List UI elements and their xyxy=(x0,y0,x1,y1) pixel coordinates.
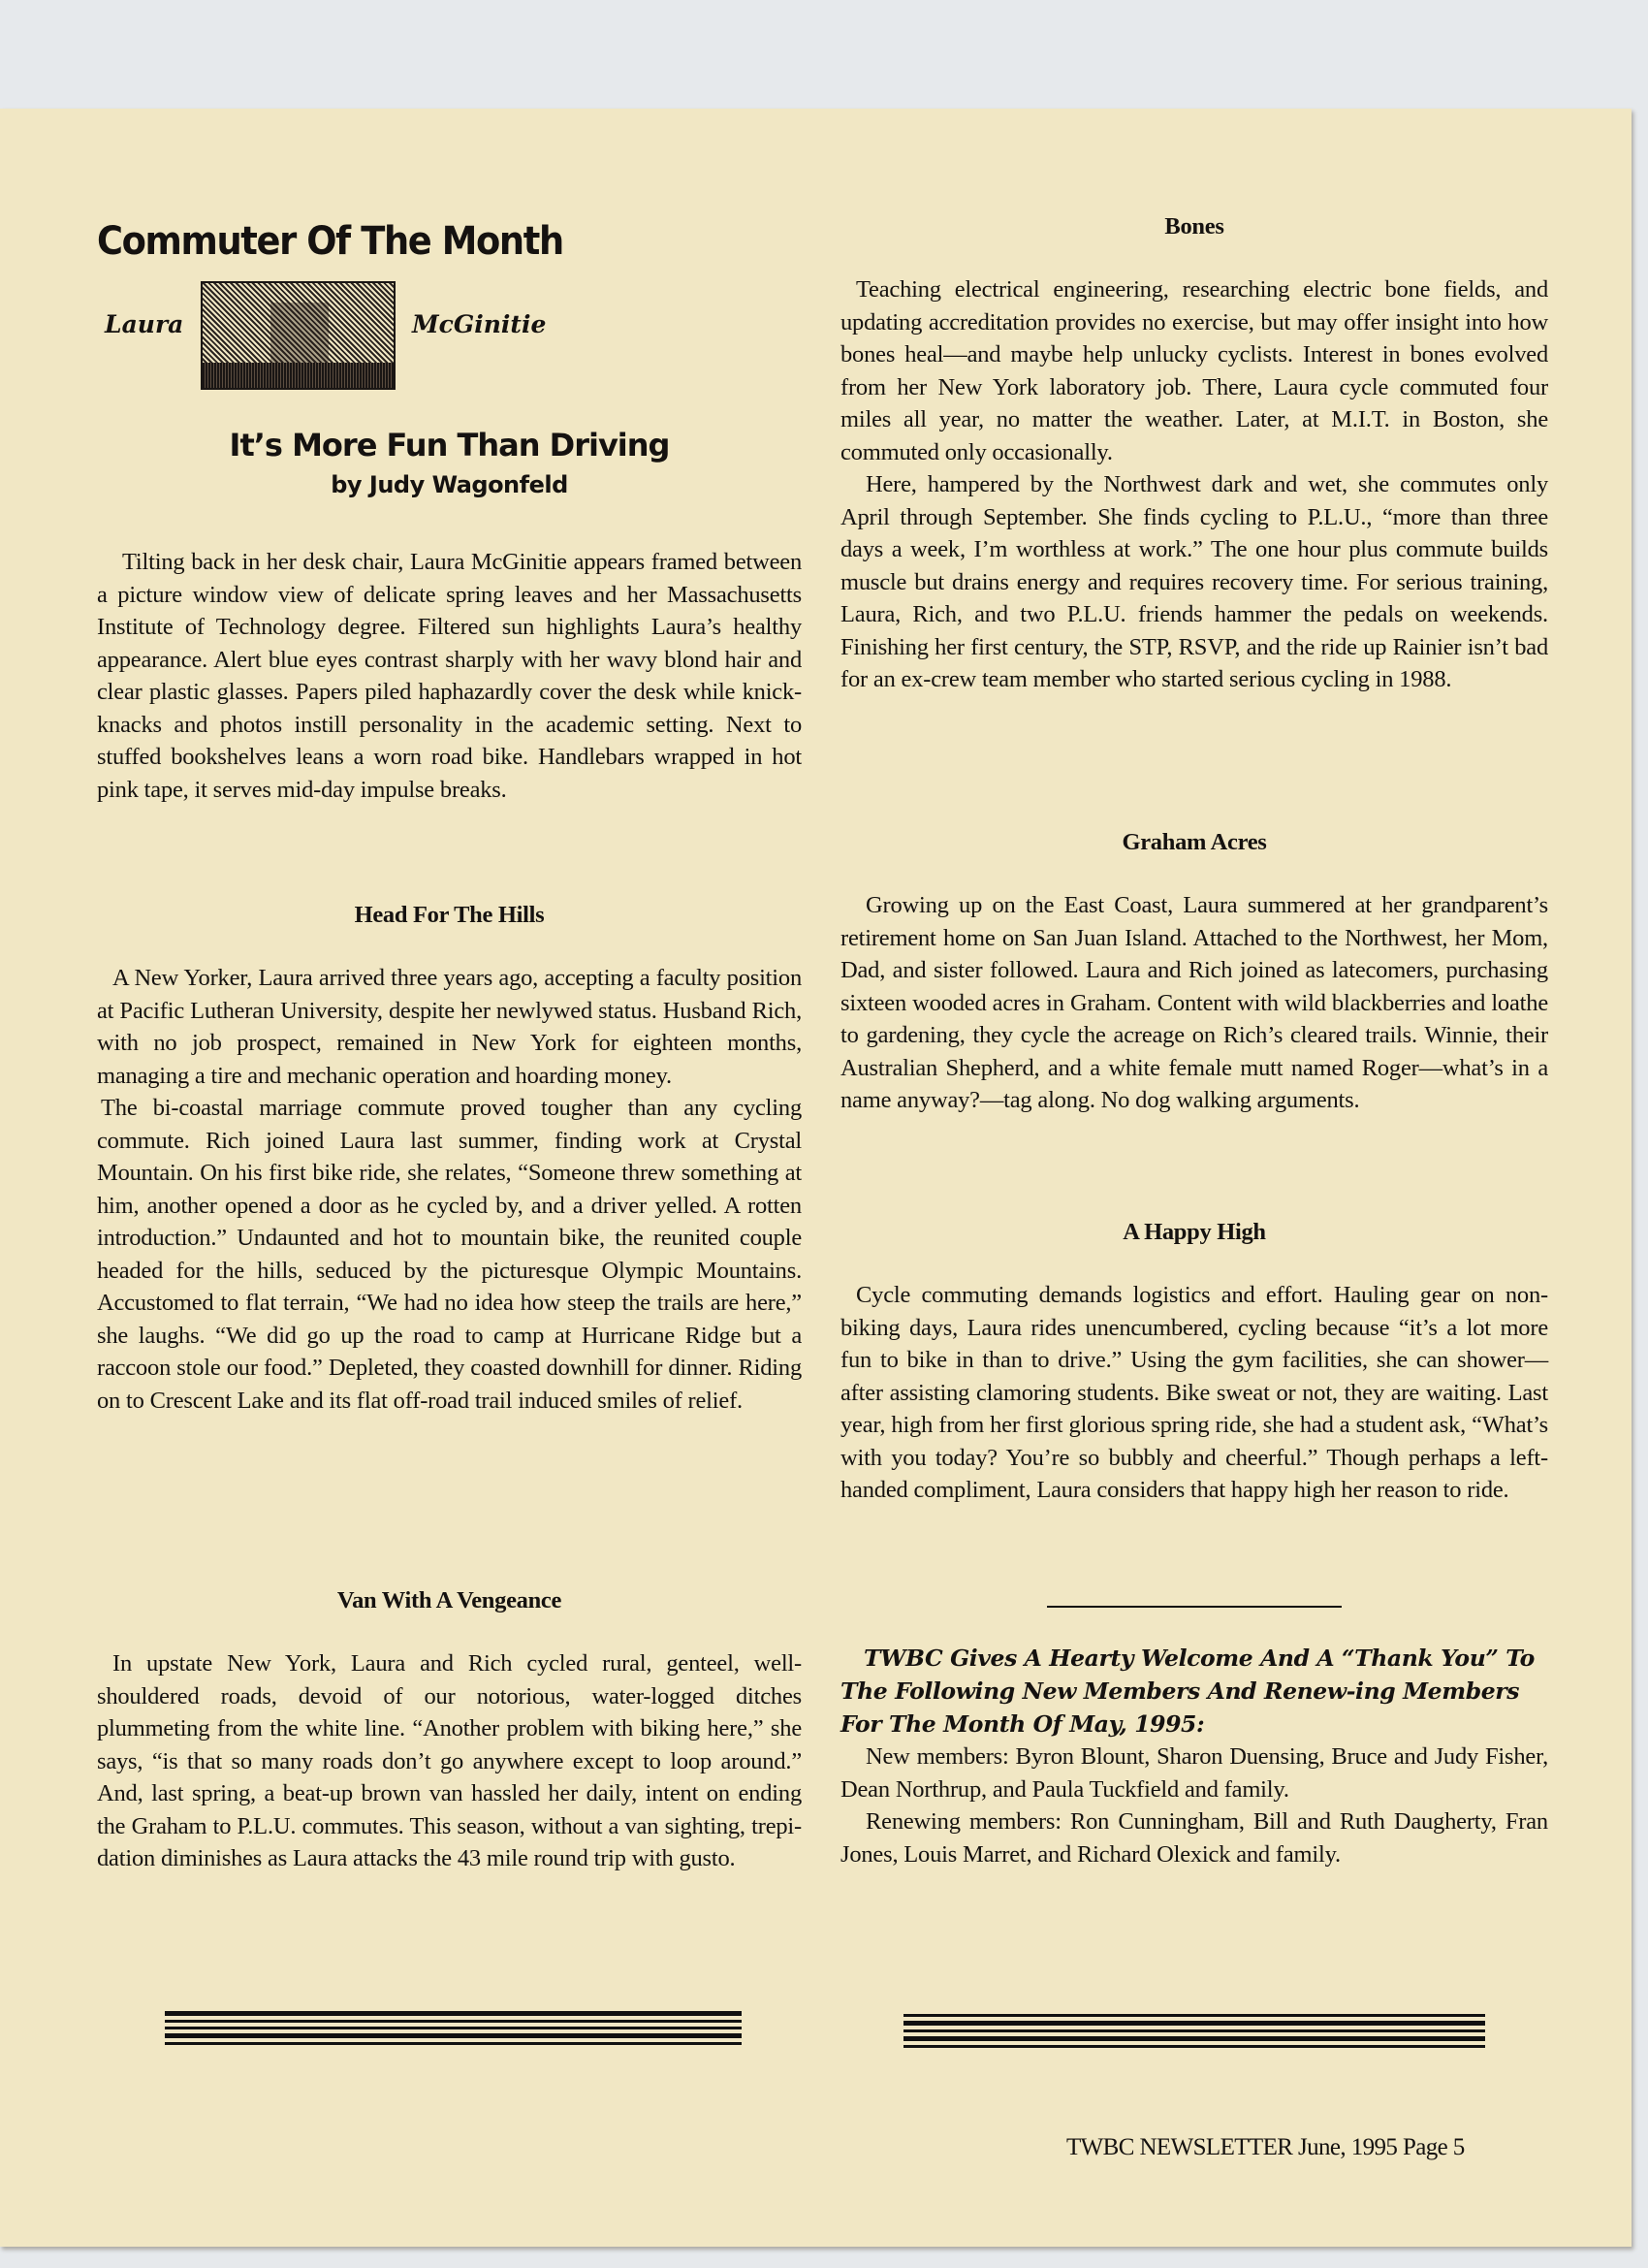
decorative-stripes-right xyxy=(903,2014,1485,2045)
section-heading: A Happy High xyxy=(840,1219,1548,1246)
paragraph: Teaching electrical engineering, researc… xyxy=(840,273,1548,468)
portrait-photo xyxy=(201,281,396,390)
paragraph: Cycle commuting demands logistics and ef… xyxy=(840,1279,1548,1507)
paragraph: The bi-coastal marriage commute proved t… xyxy=(97,1092,802,1417)
section-heading: Head For The Hills xyxy=(97,902,802,929)
paragraph: In upstate New York, Laura and Rich cycl… xyxy=(97,1647,802,1875)
section-a-happy-high: A Happy High Cycle commuting demands log… xyxy=(840,1219,1548,1507)
welcome-notice: TWBC Gives A Hearty Welcome And A “Thank… xyxy=(840,1642,1548,1870)
section-bones: Bones Teaching electrical engineering, r… xyxy=(840,213,1548,696)
section-heading: Bones xyxy=(840,213,1548,240)
section-heading: Van With A Vengeance xyxy=(97,1587,802,1614)
page-footer: TWBC NEWSLETTER June, 1995 Page 5 xyxy=(1066,2134,1465,2161)
new-members: New members: Byron Blount, Sharon Duensi… xyxy=(840,1741,1548,1805)
section-graham-acres: Graham Acres Growing up on the East Coas… xyxy=(840,829,1548,1117)
decorative-stripes-left xyxy=(165,2011,742,2042)
section-van-with-a-vengeance: Van With A Vengeance In upstate New York… xyxy=(97,1587,802,1875)
portrait-face xyxy=(270,303,329,370)
section-heading: Graham Acres xyxy=(840,829,1548,856)
left-column: Tilting back in her desk chair, Laura Mc… xyxy=(97,546,802,806)
portrait-shadow xyxy=(203,363,394,388)
welcome-heading: TWBC Gives A Hearty Welcome And A “Thank… xyxy=(840,1642,1548,1741)
article-title: It’s More Fun Than Driving xyxy=(97,427,802,463)
paragraph: Growing up on the East Coast, Laura summ… xyxy=(840,889,1548,1117)
section-title: Commuter Of The Month xyxy=(97,219,563,264)
first-name: Laura xyxy=(105,310,183,338)
section-head-for-the-hills: Head For The Hills A New Yorker, Laura a… xyxy=(97,902,802,1417)
last-name: McGinitie xyxy=(412,310,546,338)
renewing-members: Renewing members: Ron Cunningham, Bill a… xyxy=(840,1805,1548,1870)
byline: by Judy Wagonfeld xyxy=(97,471,802,498)
section-divider xyxy=(1047,1606,1342,1608)
paragraph: Here, hampered by the Northwest dark and… xyxy=(840,468,1548,696)
profile-header: Laura McGinitie xyxy=(97,276,834,393)
paragraph: A New Yorker, Laura arrived three years … xyxy=(97,962,802,1092)
intro-paragraph: Tilting back in her desk chair, Laura Mc… xyxy=(97,546,802,806)
